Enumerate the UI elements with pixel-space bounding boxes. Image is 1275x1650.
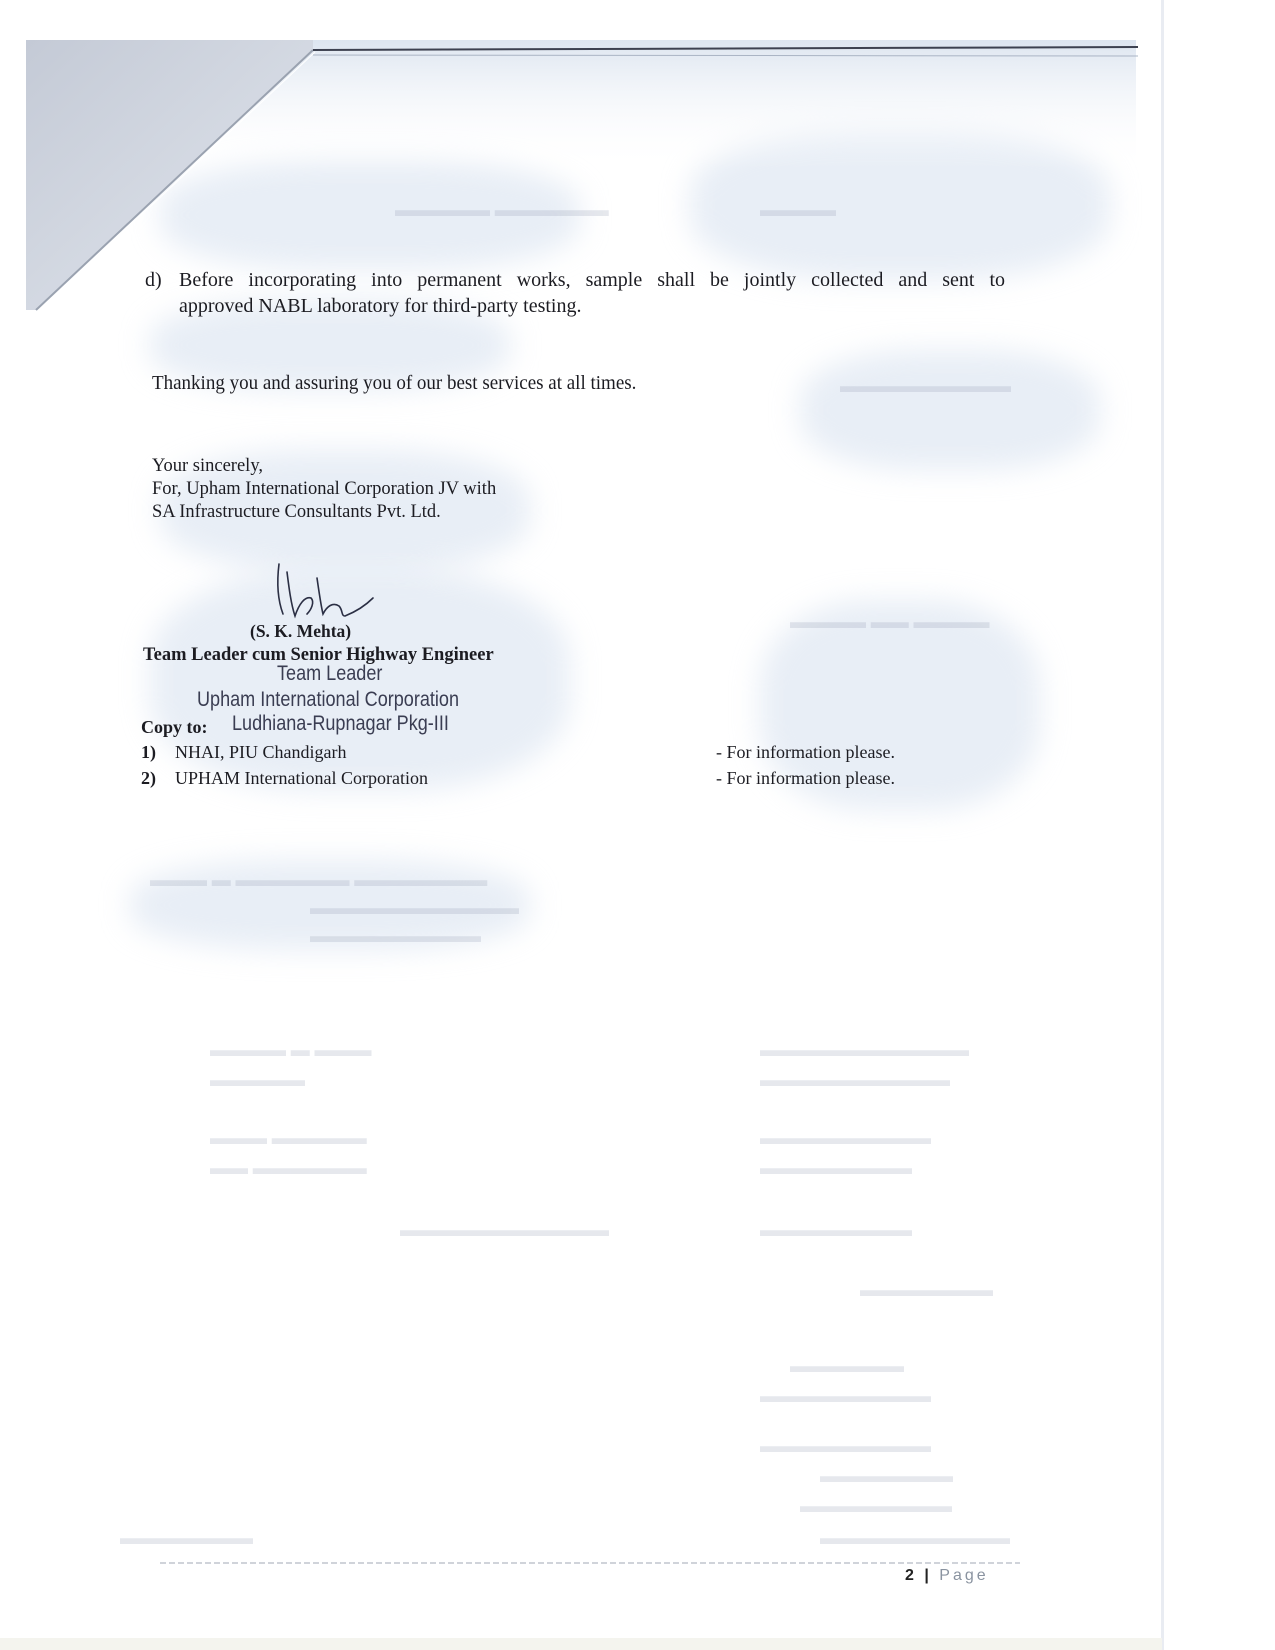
signature	[265, 558, 375, 628]
on-behalf-of-line: For, Upham International Corporation JV …	[152, 477, 496, 501]
salutation: Your sincerely,	[152, 454, 263, 478]
closing-line: Thanking you and assuring you of our bes…	[152, 371, 636, 395]
bleed-through-text: ▬▬▬▬▬▬▬▬	[760, 1220, 912, 1242]
item-d-text-line-1: Before incorporating into permanent work…	[179, 268, 1005, 292]
scanned-letter-page: ▬▬▬▬▬ ▬▬▬▬▬▬ ▬▬▬▬ ▬▬▬▬▬▬▬▬▬ ▬▬▬▬ ▬▬ ▬▬▬▬…	[0, 0, 1275, 1650]
bleed-through-text: ▬▬▬▬▬▬▬	[860, 1280, 993, 1302]
scan-bottom-edge	[0, 1638, 1162, 1650]
page-separator: |	[924, 1567, 931, 1584]
copy-recipient-number: 1)	[141, 740, 156, 764]
bleed-through-text: ▬▬▬▬▬▬▬▬▬▬	[820, 1528, 1010, 1550]
bleed-through-text: ▬▬▬▬▬▬	[790, 1356, 904, 1378]
stamp-package: Ludhiana-Rupnagar Pkg-III	[232, 712, 449, 736]
firm-name-line: SA Infrastructure Consultants Pvt. Ltd.	[152, 500, 441, 524]
list-marker-d: d)	[145, 268, 162, 292]
copy-recipient-name: NHAI, PIU Chandigarh	[175, 740, 346, 764]
signatory-name: (S. K. Mehta)	[250, 619, 351, 643]
copy-recipient-note: - For information please.	[716, 740, 895, 764]
bleed-through-text: ▬▬▬ ▬▬▬▬▬	[210, 1128, 367, 1150]
bleed-through-text: ▬▬▬▬▬▬▬▬▬▬▬	[760, 1040, 969, 1062]
bleed-through-text: ▬▬▬▬ ▬ ▬▬▬	[210, 1040, 372, 1062]
copy-recipient-number: 2)	[141, 766, 156, 790]
bleed-through-text: ▬▬▬▬▬▬▬▬▬	[310, 926, 481, 948]
page-number: 2	[905, 1567, 917, 1584]
stamp-organization: Upham International Corporation	[197, 688, 459, 712]
bleed-through-text: ▬▬ ▬▬▬▬▬▬	[210, 1158, 367, 1180]
scan-right-edge	[1161, 0, 1164, 1650]
bleed-through-text: ▬▬▬▬ ▬▬ ▬▬▬▬	[790, 612, 990, 634]
bleed-through-text: ▬▬▬▬▬▬▬▬▬	[760, 1436, 931, 1458]
copy-recipient-name: UPHAM International Corporation	[175, 766, 428, 790]
bleed-through-text: ▬▬▬▬▬	[210, 1070, 305, 1092]
copy-recipient-note: - For information please.	[716, 766, 895, 790]
bleed-through-text: ▬▬▬▬▬▬▬▬▬▬▬	[310, 898, 519, 920]
bleed-through-text: ▬▬▬▬▬▬▬▬	[800, 1496, 952, 1518]
bleed-through-text: ▬▬▬▬▬▬▬▬	[760, 1158, 912, 1180]
page-footer: 2 | Page	[905, 1567, 989, 1585]
bleed-through-text: ▬▬▬ ▬ ▬▬▬▬▬▬ ▬▬▬▬▬▬▬	[150, 870, 487, 892]
footer-bleed-line	[160, 1562, 1020, 1564]
bleed-through-text: ▬▬▬▬▬▬▬▬▬	[760, 1386, 931, 1408]
item-d-text-line-2: approved NABL laboratory for third-party…	[179, 294, 581, 318]
copy-to-label: Copy to:	[141, 715, 208, 739]
page-label: Page	[939, 1567, 988, 1584]
stamp-title: Team Leader	[277, 662, 382, 686]
bleed-through-text: ▬▬▬▬▬▬▬	[120, 1528, 253, 1550]
bleed-through-text: ▬▬▬▬▬▬▬▬▬▬	[760, 1070, 950, 1092]
bleed-through-text: ▬▬▬▬▬▬▬▬▬	[840, 376, 1011, 398]
bleed-through-text: ▬▬▬▬▬▬▬▬▬▬▬	[400, 1220, 609, 1242]
bleed-through-shadow	[800, 350, 1100, 470]
bleed-through-text: ▬▬▬▬▬▬▬▬▬	[760, 1128, 931, 1150]
bleed-through-text: ▬▬▬▬▬▬▬	[820, 1466, 953, 1488]
